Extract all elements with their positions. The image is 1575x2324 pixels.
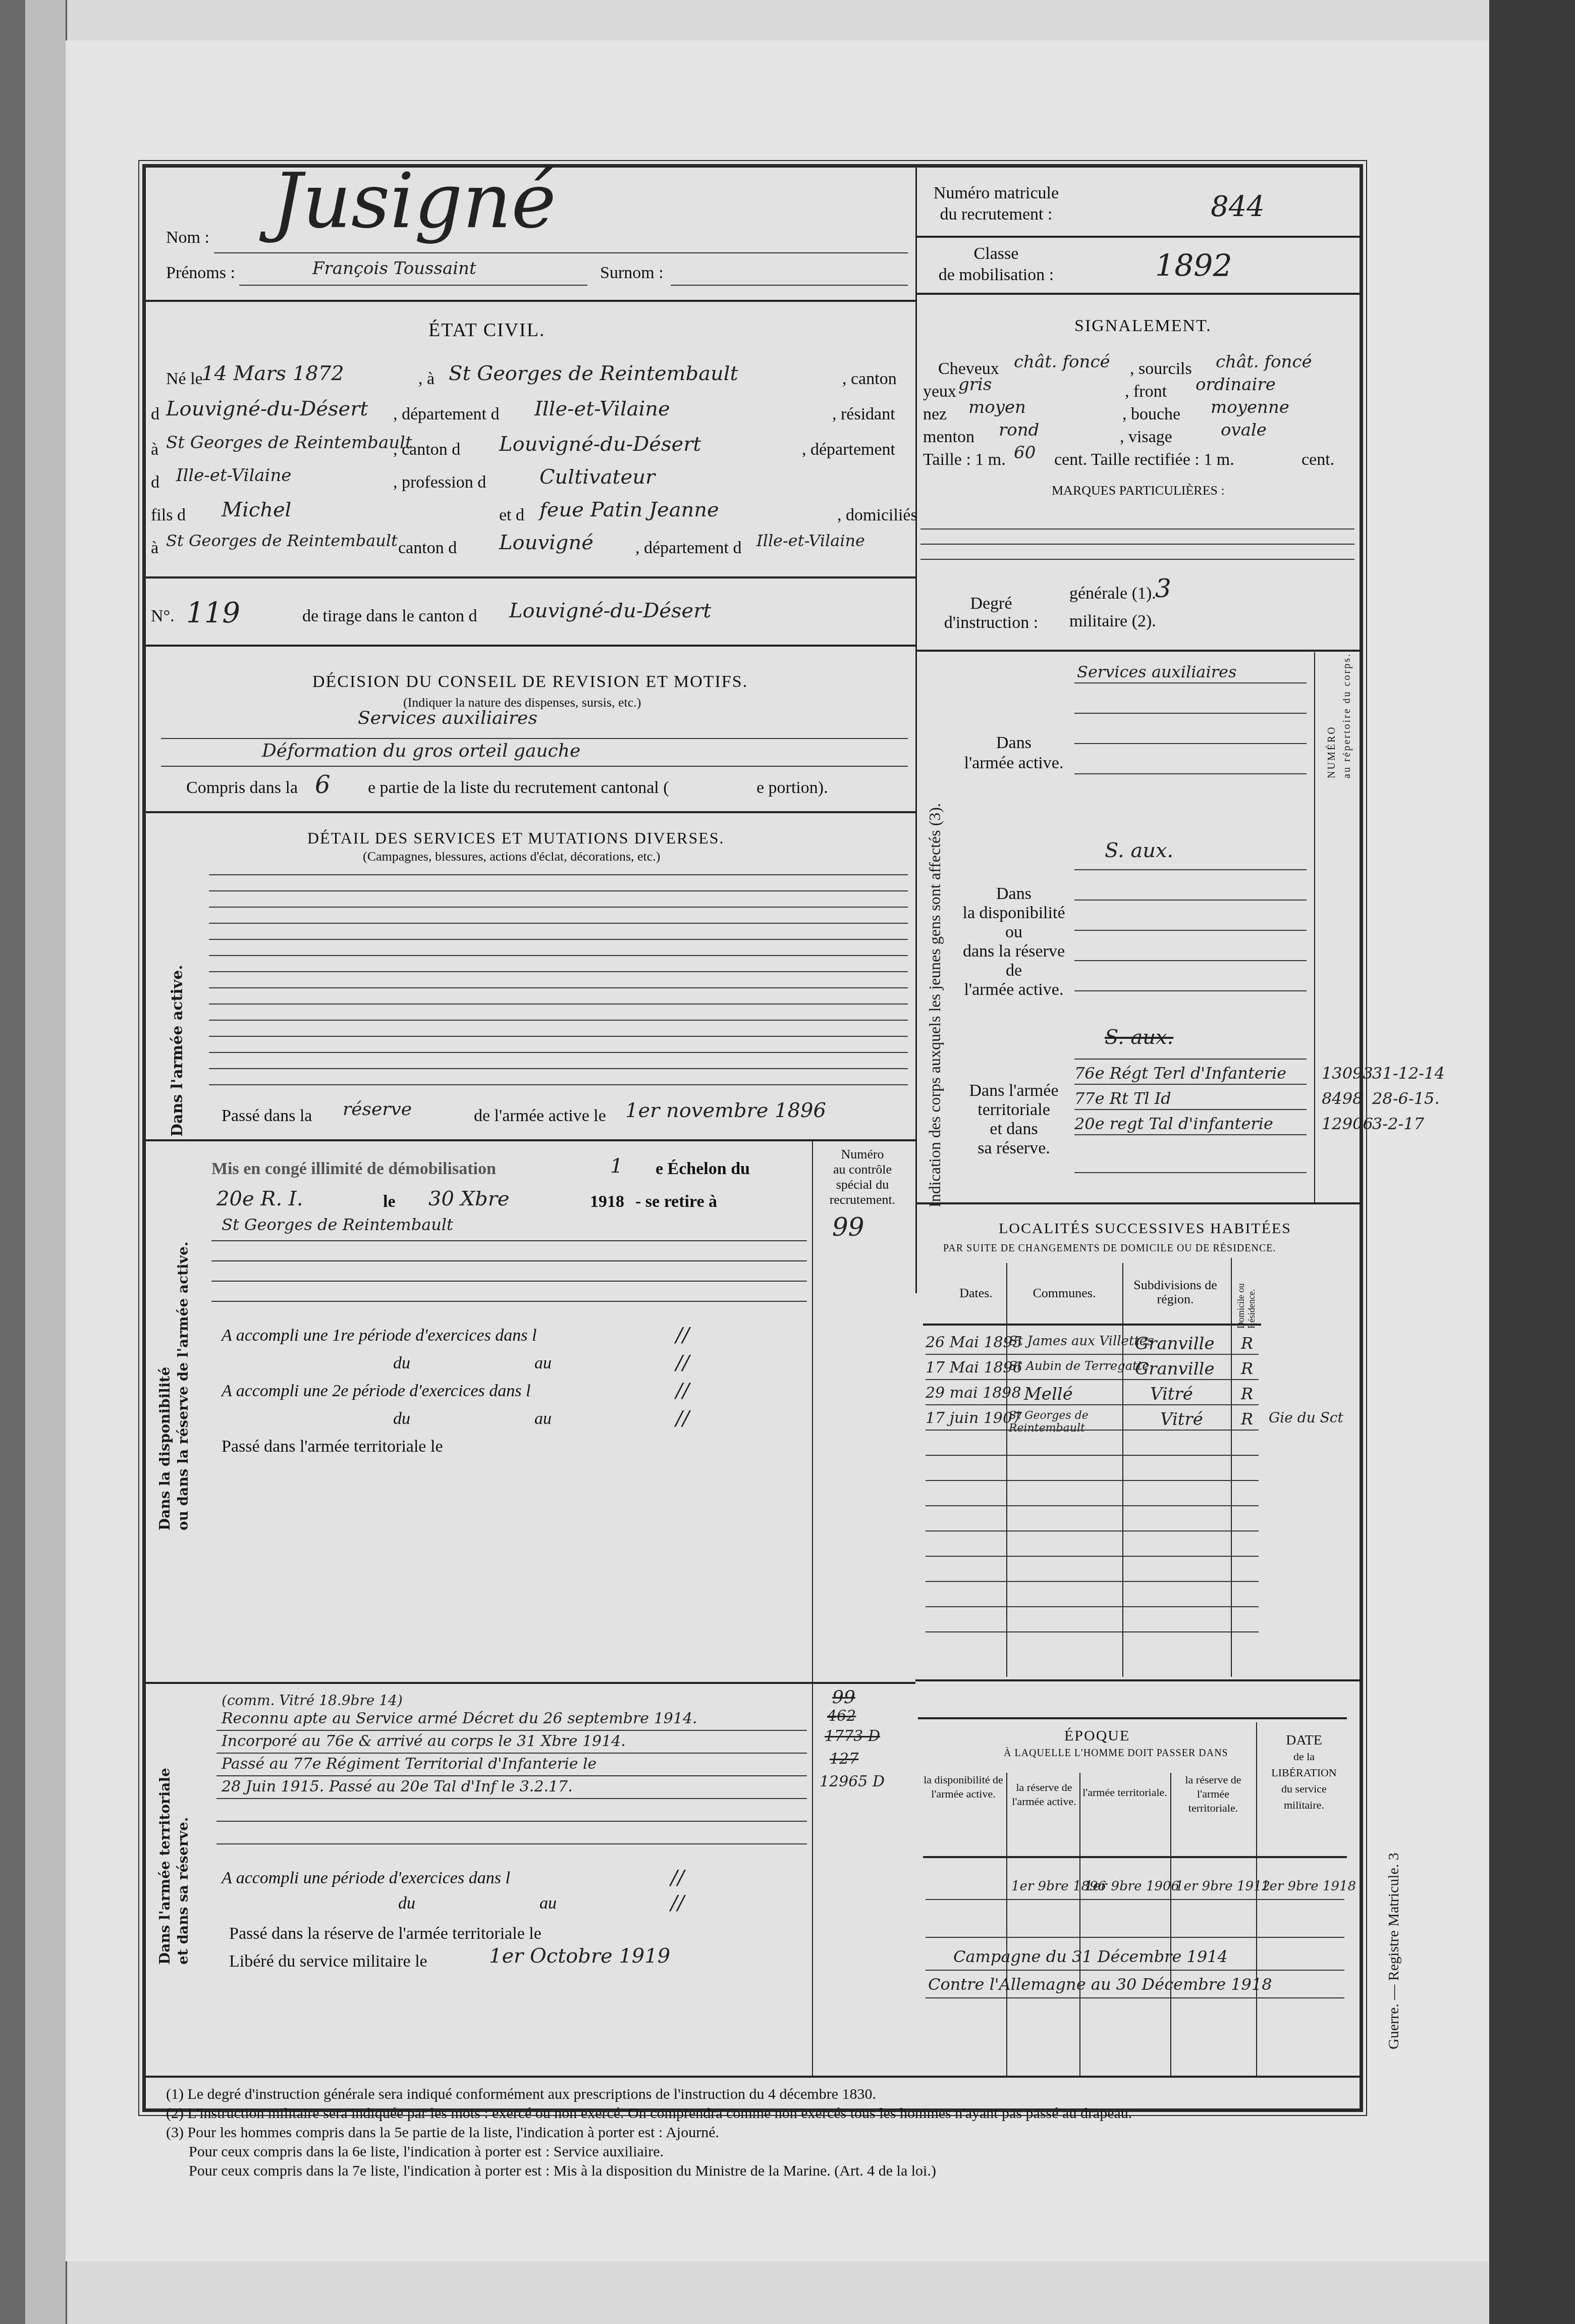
- birth-canton-value: Louvigné-du-Désert: [166, 397, 368, 420]
- affect-line: [1074, 682, 1307, 683]
- active-value: Services auxiliaires: [1077, 662, 1236, 681]
- localite-date: 17 Mai 1896: [926, 1359, 1022, 1377]
- parents-canton-value: Louvigné: [499, 531, 593, 554]
- header-line: spécial du: [814, 1177, 910, 1192]
- detail-line: [209, 971, 908, 972]
- departement-label: , département d: [393, 405, 500, 424]
- localites-subtitle: PAR SUITE DE CHANGEMENTS DE DOMICILE OU …: [943, 1243, 1276, 1254]
- footnote-3b: Pour ceux compris dans la 6e liste, l'in…: [189, 2143, 664, 2160]
- cheveux-value: chât. foncé: [1014, 352, 1110, 372]
- territoriale-line: 28 Juin 1915. Passé au 20e Tal d'Inf le …: [222, 1778, 573, 1795]
- yeux-value: gris: [958, 375, 992, 395]
- cent-label: cent.: [1301, 450, 1334, 469]
- divider: [146, 576, 915, 578]
- header-line: Numéro: [814, 1147, 910, 1162]
- passe-reserve-value: réserve: [343, 1099, 412, 1120]
- instruction-generale-value: 3: [1155, 574, 1171, 603]
- localites-margin-note: Gie du Sct: [1269, 1409, 1343, 1426]
- dispo-line: [211, 1260, 807, 1261]
- passe-reserve-date: 1er novembre 1896: [625, 1099, 826, 1122]
- stamp-date-value: 30 Xbre: [428, 1187, 510, 1210]
- birth-date-value: 14 Mars 1872: [201, 362, 344, 385]
- classe-value: 1892: [1155, 248, 1232, 284]
- epoque-reserve-territoriale-value: 1er 9bre 1912: [1175, 1879, 1270, 1894]
- canton-label: , canton: [842, 369, 897, 389]
- stamp-regiment-value: 20e R. I.: [216, 1187, 303, 1210]
- passe-reserve-label: Passé dans la: [222, 1106, 312, 1126]
- instruction-label-line2: d'instruction :: [928, 613, 1054, 632]
- au2-value: //: [676, 1407, 689, 1430]
- row-line: [926, 1997, 1344, 1998]
- affect-line: [1074, 1109, 1307, 1110]
- sourcils-label: , sourcils: [1130, 359, 1192, 379]
- departement-label: , département d: [635, 539, 742, 558]
- divider: [915, 293, 1360, 295]
- epoque-territoriale-value: 1er 9bre 1906: [1084, 1879, 1179, 1894]
- mother-value: feue Patin Jeanne: [539, 498, 719, 521]
- ne-le-label: Né le: [166, 369, 203, 389]
- territoriale-row-date: 31-12-14: [1372, 1064, 1445, 1083]
- header-rule: [923, 1856, 1347, 1858]
- matricule-form: Jusigné Nom : Prénoms : François Toussai…: [142, 164, 1363, 2112]
- domicilies-label: , domiciliés: [837, 506, 917, 525]
- affect-line: [1074, 960, 1307, 961]
- instruction-generale-label: générale (1).: [1069, 584, 1156, 603]
- libere-label: Libéré du service militaire le: [229, 1952, 427, 1971]
- marques-line: [920, 544, 1354, 545]
- numero-controle-value: 99: [832, 1212, 864, 1242]
- marques-line: [920, 529, 1354, 530]
- periode1-label: A accompli une 1re période d'exercices d…: [222, 1326, 536, 1345]
- fils-de-label: fils d: [151, 506, 186, 525]
- footnote-2: (2) L'instruction militaire sera indiqué…: [166, 2105, 1132, 2122]
- page-footer: Guerre. — Registre Matricule. 3: [1385, 1853, 1402, 2049]
- yeux-label: yeux: [923, 382, 956, 401]
- header-line: LIBÉRATION: [1259, 1765, 1349, 1781]
- affect-line: [1074, 869, 1307, 870]
- epoque-title: ÉPOQUE: [1064, 1727, 1130, 1745]
- territoriale-row-numero: 13093: [1322, 1064, 1373, 1083]
- signalement-title: SIGNALEMENT.: [1074, 316, 1212, 336]
- tirage-canton-value: Louvigné-du-Désert: [509, 599, 711, 622]
- col-divider: [1170, 1773, 1171, 2076]
- epoque-header-reserve-active: la réserve de l'armée active.: [1009, 1780, 1079, 1809]
- header-line: recrutement.: [814, 1192, 910, 1207]
- detail-line: [209, 1084, 908, 1085]
- detail-line: [209, 890, 908, 891]
- stamp-echelon-label: e Échelon du: [656, 1159, 750, 1179]
- territoriale-numero: 12965 D: [820, 1773, 885, 1790]
- localite-commune: St Aubin de Terregatte: [1009, 1359, 1149, 1373]
- campagne-line1: Campagne du 31 Décembre 1914: [953, 1947, 1228, 1966]
- detail-line: [209, 955, 908, 956]
- terr-label-line: sa réserve.: [948, 1139, 1079, 1158]
- a-label: , à: [418, 369, 435, 389]
- matricule-label: Numéro matricule du recrutement :: [926, 183, 1067, 225]
- classe-label: Classe de mobilisation :: [926, 243, 1067, 286]
- passe-reserve-territoriale-label: Passé dans la réserve de l'armée territo…: [229, 1924, 541, 1943]
- col-divider: [1079, 1773, 1080, 2076]
- detail-line: [209, 907, 908, 908]
- classe-label-line2: de mobilisation :: [926, 265, 1067, 286]
- canton-label: canton d: [398, 539, 457, 558]
- footnote-3: (3) Pour les hommes compris dans la 5e p…: [166, 2124, 719, 2141]
- divider: [146, 2076, 1360, 2078]
- row-line: [926, 1480, 1259, 1481]
- territoriale-line: Passé au 77e Régiment Territorial d'Infa…: [222, 1755, 596, 1773]
- dispo-label-line: ou: [953, 923, 1074, 942]
- classe-label-line1: Classe: [926, 243, 1067, 265]
- row-line: [926, 1631, 1259, 1632]
- detail-line: [209, 1068, 908, 1069]
- affectations-side-label: Indication des corps auxquels les jeunes…: [926, 803, 944, 1207]
- decision-line: [161, 738, 908, 739]
- terr-line: [216, 1821, 807, 1822]
- armee-active-label: de l'armée active le: [474, 1106, 606, 1126]
- affect-line: [1074, 900, 1307, 901]
- terr-label-line: et dans: [948, 1120, 1079, 1139]
- prenoms-value: François Toussaint: [312, 258, 476, 279]
- facing-page-edge: [25, 0, 67, 2324]
- header-line: du service: [1259, 1781, 1349, 1797]
- decision-line: [161, 766, 908, 767]
- prenoms-label: Prénoms :: [166, 263, 235, 283]
- tirage-number-value: 119: [186, 597, 240, 629]
- localite-subdivision: Granville: [1135, 1334, 1215, 1354]
- divider: [915, 1202, 1360, 1204]
- liberation-value: 1er 9bre 1918: [1261, 1879, 1356, 1894]
- father-value: Michel: [222, 498, 291, 521]
- stamp-year: 1918: [590, 1192, 624, 1211]
- residence-departement-value: Ille-et-Vilaine: [176, 465, 291, 486]
- matricule-label-line1: Numéro matricule: [926, 183, 1067, 204]
- residence-value: St Georges de Reintembault: [166, 433, 412, 453]
- dispo-label-line: la disponibilité: [953, 904, 1074, 923]
- birth-departement-value: Ille-et-Vilaine: [534, 397, 670, 420]
- row-line: [926, 1430, 1259, 1431]
- campagne-line2: Contre l'Allemagne au 30 Décembre 1918: [928, 1975, 1272, 1994]
- divider: [146, 645, 915, 647]
- territoriale-numero: 127: [830, 1750, 858, 1768]
- col-divider: [1231, 1258, 1232, 1677]
- partie-value: 6: [315, 771, 331, 799]
- dispo-line: [211, 1301, 807, 1302]
- row-line: [926, 1970, 1344, 1971]
- divider: [915, 1679, 1360, 1681]
- epoque-header-disponibilite: la disponibilité de l'armée active.: [923, 1773, 1004, 1801]
- nom-line: [214, 252, 908, 253]
- localite-type: R: [1241, 1359, 1253, 1378]
- libere-value: 1er Octobre 1919: [489, 1944, 670, 1968]
- etat-civil-title: ÉTAT CIVIL.: [428, 319, 545, 341]
- divider: [146, 300, 915, 302]
- du1-label: du: [393, 1354, 410, 1373]
- active-label: Dans l'armée active.: [963, 733, 1064, 773]
- detail-line: [209, 987, 908, 988]
- terr-line: [216, 1843, 807, 1844]
- row-line: [926, 1379, 1259, 1380]
- profession-label: , profession d: [393, 473, 486, 492]
- periode-label: A accompli une période d'exercices dans …: [222, 1869, 510, 1888]
- au-value: //: [671, 1891, 684, 1915]
- visage-label: , visage: [1120, 428, 1172, 447]
- header-rule: [923, 1324, 1261, 1326]
- numero-header-line1: NUMÉRO: [1324, 653, 1339, 778]
- liberation-header: DATE de la LIBÉRATION du service militai…: [1259, 1732, 1349, 1813]
- prenoms-line: [239, 285, 587, 286]
- detail-line: [209, 1052, 908, 1053]
- row-line: [926, 1581, 1259, 1582]
- visage-value: ovale: [1221, 420, 1267, 440]
- affect-line: [1074, 773, 1307, 774]
- birth-place-value: St Georges de Reintembault: [449, 362, 738, 385]
- numero-divider: [812, 1682, 813, 2076]
- menton-label: menton: [923, 428, 974, 447]
- du-label: du: [398, 1894, 415, 1913]
- row-line: [926, 1556, 1259, 1557]
- dispo-line: [211, 1281, 807, 1282]
- sourcils-value: chât. foncé: [1216, 352, 1312, 372]
- periode-value: //: [671, 1866, 684, 1889]
- menton-value: rond: [999, 420, 1039, 440]
- row-line: [926, 1455, 1259, 1456]
- nez-value: moyen: [968, 397, 1026, 417]
- localite-subdivision: Vitré: [1160, 1409, 1203, 1430]
- header-line: militaire.: [1259, 1797, 1349, 1813]
- territoriale-row-numero: 8498: [1322, 1089, 1363, 1108]
- dispo-label-line: de: [953, 961, 1074, 980]
- stamp-le-label: le: [383, 1192, 396, 1211]
- localite-commune: St James aux Villettes: [1009, 1334, 1154, 1349]
- col-divider: [1006, 1773, 1007, 2076]
- row-line: [926, 1530, 1259, 1531]
- scan-background: [1489, 0, 1575, 2324]
- a-label: à: [151, 440, 158, 459]
- surnom-label: Surnom :: [600, 263, 664, 283]
- au1-label: au: [534, 1354, 552, 1373]
- active-label-line: l'armée active.: [963, 753, 1064, 773]
- affect-line: [1074, 1172, 1307, 1173]
- numero-header-line2: au répertoire du corps.: [1339, 653, 1354, 778]
- localite-date: 17 juin 1907: [926, 1409, 1022, 1427]
- matricule-label-line2: du recrutement :: [926, 204, 1067, 225]
- dispo-line: [211, 1240, 807, 1241]
- epoque-header-territoriale: l'armée territoriale.: [1082, 1785, 1168, 1800]
- terr-line: [216, 1753, 807, 1754]
- affect-line: [1074, 1134, 1307, 1135]
- divider: [146, 1682, 915, 1684]
- terr-side-line: et dans sa réserve.: [174, 1768, 192, 1965]
- detail-services-title: DÉTAIL DES SERVICES ET MUTATIONS DIVERSE…: [307, 829, 725, 848]
- numero-column-divider: [1314, 652, 1315, 1202]
- territoriale-numero: 1773 D: [825, 1727, 880, 1745]
- territoriale-numero: 99: [832, 1687, 855, 1708]
- numero-controle-header: Numéro au contrôle spécial du recrutemen…: [814, 1147, 910, 1207]
- marques-label: MARQUES PARTICULIÈRES :: [1052, 483, 1225, 498]
- divider: [915, 650, 1360, 652]
- localite-date: 29 mai 1898: [926, 1384, 1021, 1402]
- territoriale-row-numero: 12906: [1322, 1114, 1373, 1133]
- affect-line: [1074, 743, 1307, 744]
- terr-line: [216, 1775, 807, 1776]
- et-de-label: et d: [499, 506, 524, 525]
- parents-domicile-value: St Georges de Reintembault: [166, 531, 398, 550]
- localite-commune: St Georges de Reintembault: [1009, 1409, 1120, 1435]
- localites-header-dates: Dates.: [943, 1286, 1009, 1301]
- detail-side-label: Dans l'armée active.: [169, 965, 186, 1137]
- localite-date: 26 Mai 1895: [926, 1334, 1022, 1351]
- detail-line: [209, 1036, 908, 1037]
- terr-label-line: territoriale: [948, 1100, 1079, 1120]
- affect-line: [1074, 713, 1307, 714]
- numero-repertoire-header: NUMÉRO au répertoire du corps.: [1324, 653, 1354, 778]
- departement-label: , département: [802, 440, 895, 459]
- canton-label: , canton d: [393, 440, 460, 459]
- dispo-side-line: Dans la disponibilité: [156, 1242, 174, 1530]
- partie-label: e partie de la liste du recrutement cant…: [368, 778, 669, 798]
- du2-label: du: [393, 1409, 410, 1429]
- row-line: [926, 1899, 1344, 1900]
- decision-line1-value: Services auxiliaires: [358, 708, 537, 728]
- book-spine: [0, 0, 25, 2324]
- bouche-label: , bouche: [1122, 405, 1180, 424]
- terr-side-line: Dans l'armée territoriale: [156, 1768, 174, 1965]
- terr-label-line: Dans l'armée: [948, 1081, 1079, 1100]
- divider: [146, 1139, 915, 1141]
- detail-line: [209, 923, 908, 924]
- au2-label: au: [534, 1409, 552, 1429]
- decision-title: DÉCISION DU CONSEIL DE REVISION ET MOTIF…: [312, 672, 748, 692]
- territoriale-row-corps: 77e Rt Tl Id: [1074, 1089, 1171, 1108]
- column-divider: [915, 168, 917, 1293]
- detail-line: [209, 1003, 908, 1005]
- localites-header-subdivisions: Subdivisions de région.: [1125, 1278, 1226, 1306]
- header-line: DATE: [1259, 1732, 1349, 1749]
- tirage-label: de tirage dans le canton d: [302, 607, 477, 626]
- instruction-militaire-label: militaire (2).: [1069, 612, 1156, 631]
- localite-commune: Mellé: [1024, 1384, 1073, 1404]
- detail-services-subtitle: (Campagnes, blessures, actions d'éclat, …: [363, 849, 660, 864]
- matricule-value: 844: [1211, 190, 1265, 223]
- affect-line: [1074, 1059, 1307, 1060]
- disponibilite-label: Dans la disponibilité ou dans la réserve…: [953, 884, 1074, 999]
- a-label: à: [151, 539, 158, 558]
- marques-line: [920, 559, 1354, 560]
- dispo-label-line: l'armée active.: [953, 980, 1074, 999]
- front-value: ordinaire: [1196, 375, 1276, 395]
- affect-line: [1074, 930, 1307, 931]
- detail-line: [209, 939, 908, 940]
- taille-rectifiee-label: cent. Taille rectifiée : 1 m.: [1054, 450, 1234, 469]
- active-label-line: Dans: [963, 733, 1064, 753]
- nom-value: Jusigné: [272, 157, 556, 245]
- localite-type: R: [1241, 1409, 1253, 1429]
- localite-subdivision: Vitré: [1150, 1384, 1193, 1404]
- epoque-header-reserve-territoriale: la réserve de l'armée territoriale.: [1173, 1773, 1254, 1815]
- localites-title: LOCALITÉS SUCCESSIVES HABITÉES: [999, 1220, 1291, 1237]
- epoque-top-rule: [918, 1717, 1347, 1719]
- terr-line: [216, 1730, 807, 1731]
- surnom-line: [671, 285, 908, 286]
- header-line: de la: [1259, 1749, 1349, 1765]
- territoriale-numero: 462: [827, 1707, 856, 1725]
- dispo-side-line: ou dans la réserve de l'armée active.: [174, 1242, 192, 1530]
- localite-subdivision: Granville: [1135, 1359, 1215, 1379]
- terr-line: [216, 1798, 807, 1799]
- territoriale-row-corps: 76e Régt Terl d'Infanterie: [1074, 1064, 1286, 1083]
- territoriale-struck-value: S. aux.: [1105, 1026, 1173, 1049]
- parents-departement-value: Ille-et-Vilaine: [756, 531, 865, 550]
- taille-value: 60: [1014, 443, 1036, 463]
- compris-label: Compris dans la: [186, 778, 298, 798]
- residant-label: , résidant: [832, 405, 895, 424]
- localites-header-type: Domicile ou Résidence.: [1236, 1248, 1257, 1329]
- d-label: d: [151, 405, 159, 424]
- row-line: [926, 1354, 1259, 1355]
- localites-header-communes: Communes.: [1009, 1286, 1120, 1301]
- stamp-retire-value: St Georges de Reintembault: [222, 1215, 453, 1234]
- footnote-1: (1) Le degré d'instruction générale sera…: [166, 2086, 876, 2103]
- bouche-value: moyenne: [1211, 397, 1289, 417]
- detail-line: [209, 874, 908, 875]
- territoriale-side-label: Dans l'armée territoriale et dans sa rés…: [156, 1768, 192, 1965]
- stamp-echelon-value: 1: [610, 1154, 623, 1178]
- localite-type: R: [1241, 1384, 1253, 1403]
- territoriale-row-date: 28-6-15.: [1372, 1089, 1440, 1108]
- disponibilite-value: S. aux.: [1105, 839, 1173, 862]
- footnote-3c: Pour ceux compris dans la 7e liste, l'in…: [189, 2162, 936, 2180]
- nom-label: Nom :: [166, 228, 209, 247]
- numero-controle-divider: [812, 1139, 813, 1684]
- periode2-value: //: [676, 1379, 689, 1402]
- dispo-label-line: dans la réserve: [953, 942, 1074, 961]
- tirage-no-label: N°.: [151, 607, 175, 626]
- d-label: d: [151, 473, 159, 492]
- divider: [146, 811, 915, 813]
- territoriale-note-header: (comm. Vitré 18.9bre 14): [222, 1692, 403, 1709]
- periode2-label: A accompli une 2e période d'exercices da…: [222, 1382, 530, 1401]
- decision-line2-value: Déformation du gros orteil gauche: [262, 741, 580, 761]
- territoriale-line: Incorporé au 76e & arrivé au corps le 31…: [222, 1732, 626, 1750]
- stamp-line1: Mis en congé illimité de démobilisation: [211, 1159, 496, 1179]
- dispo-label-line: Dans: [953, 884, 1074, 904]
- territoriale-line: Reconnu apte au Service armé Décret du 2…: [222, 1710, 697, 1727]
- residence-canton-value: Louvigné-du-Désert: [499, 433, 701, 456]
- localite-type: R: [1241, 1334, 1253, 1353]
- profession-value: Cultivateur: [539, 465, 655, 489]
- front-label: , front: [1125, 382, 1167, 401]
- au1-value: //: [676, 1351, 689, 1375]
- affect-line: [1074, 990, 1307, 991]
- row-line: [926, 1505, 1259, 1506]
- row-line: [926, 1937, 1344, 1938]
- taille-label: Taille : 1 m.: [923, 450, 1006, 469]
- territoriale-label: Dans l'armée territoriale et dans sa rés…: [948, 1081, 1079, 1158]
- affect-line: [1074, 1084, 1307, 1085]
- row-line: [926, 1606, 1259, 1607]
- instruction-label-line1: Degré: [928, 594, 1054, 613]
- instruction-label: Degré d'instruction :: [928, 594, 1054, 632]
- stamp-suffix: - se retire à: [635, 1192, 717, 1211]
- detail-line: [209, 1020, 908, 1021]
- divider: [915, 236, 1360, 238]
- au-label: au: [539, 1894, 557, 1913]
- periode1-value: //: [676, 1324, 689, 1347]
- territoriale-row-date: 3-2-17: [1372, 1114, 1424, 1133]
- row-line: [926, 1404, 1259, 1405]
- nez-label: nez: [923, 405, 947, 424]
- disponibilite-side-label: Dans la disponibilité ou dans la réserve…: [156, 1242, 192, 1530]
